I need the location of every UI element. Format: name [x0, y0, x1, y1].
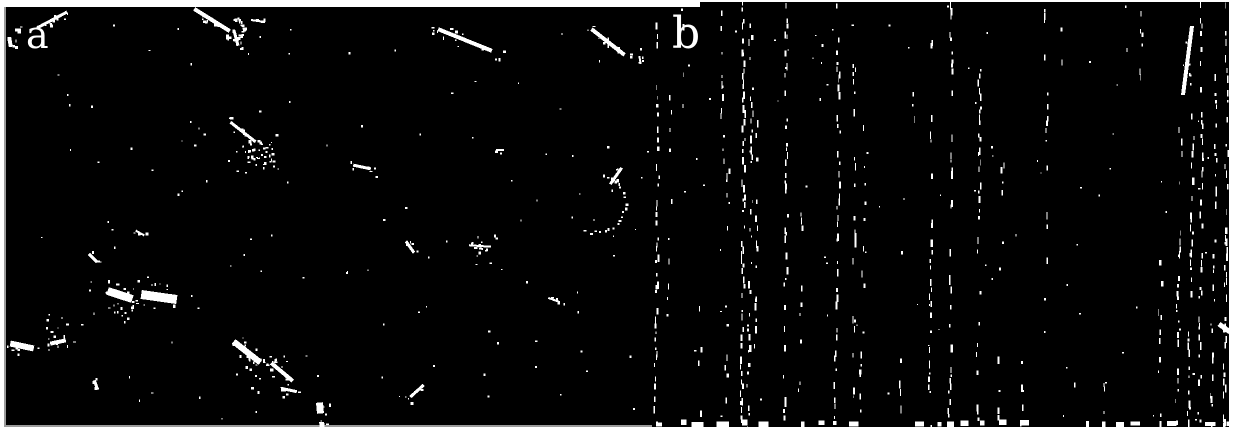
micrograph-figure: a b — [0, 0, 1239, 435]
panel-b-label: b — [672, 12, 700, 56]
micrograph-canvas — [0, 0, 1239, 435]
panel-a-label: a — [26, 16, 49, 54]
